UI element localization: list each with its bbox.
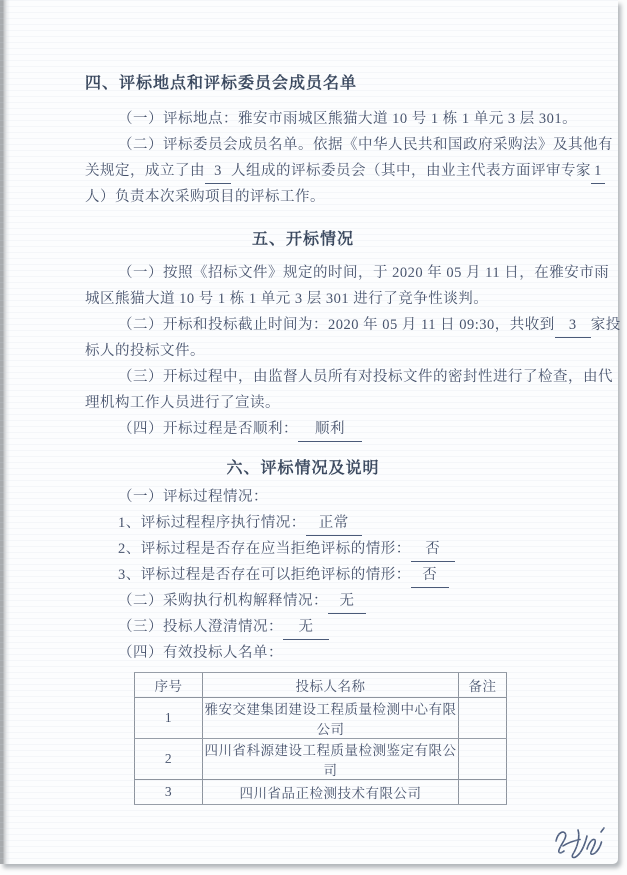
document-page: 四、评标地点和评标委员会成员名单 （一）评标地点：雅安市雨城区熊猫大道 10 号…	[0, 0, 618, 864]
text-line: 标人的投标文件。	[85, 338, 601, 364]
text-line: 2、评标过程是否存在应当拒绝评标的情形：否	[85, 536, 601, 562]
text-segment: （二）开标和投标截止时间为：2020 年 05 月 11 日 09:30，共收到	[118, 317, 555, 333]
text-segment: 1、评标过程程序执行情况：	[118, 515, 306, 531]
text-segment: （三）投标人澄清情况：	[118, 619, 283, 635]
filled-value-underline: 正常	[306, 511, 362, 536]
text-segment: （四）开标过程是否顺利：	[118, 421, 298, 437]
table-row: 3 四川省品正检测技术有限公司	[135, 780, 507, 805]
filled-value-underline: 3	[205, 159, 231, 184]
seq-cell: 3	[135, 780, 203, 805]
text-line: 人）负责本次采购项目的评标工作。	[85, 184, 601, 210]
table-row: 1 雅安交建集团建设工程质量检测中心有限公司	[135, 698, 507, 739]
filled-value-underline: 3	[555, 313, 591, 338]
text-segment: 2、评标过程是否存在应当拒绝评标的情形：	[118, 541, 411, 557]
column-header-note: 备注	[459, 673, 507, 698]
text-line: （二）评标委员会成员名单。依据《中华人民共和国政府采购法》及其他有	[85, 132, 601, 158]
text-line: （三）开标过程中，由监督人员所有对投标文件的密封性进行了检查，由代	[85, 364, 601, 390]
handwritten-signature-icon	[550, 824, 612, 866]
section-4-heading: 四、评标地点和评标委员会成员名单	[85, 71, 601, 97]
valid-bidders-table: 序号 投标人名称 备注 1 雅安交建集团建设工程质量检测中心有限公司 2 四川省…	[134, 672, 507, 805]
section-5-heading: 五、开标情况	[85, 227, 601, 253]
note-cell	[459, 780, 507, 805]
filled-value-underline: 顺利	[298, 417, 362, 442]
filled-value-underline: 否	[411, 537, 455, 562]
text-segment: 人组成的评标委员会（其中，由业主代表方面评审专家	[231, 163, 591, 179]
text-segment: 家投	[591, 317, 621, 333]
seq-cell: 2	[135, 739, 203, 780]
text-segment: 3、评标过程是否存在可以拒绝评标的情形：	[118, 567, 411, 583]
text-line: 关规定，成立了由3人组成的评标委员会（其中，由业主代表方面评审专家1	[85, 158, 601, 184]
text-line: （三）投标人澄清情况：无	[85, 614, 601, 640]
text-line: （二）采购执行机构解释情况：无	[85, 588, 601, 614]
seq-cell: 1	[135, 698, 203, 739]
text-line: 城区熊猫大道 10 号 1 栋 1 单元 3 层 301 进行了竞争性谈判。	[85, 286, 601, 312]
text-line: （一）评标过程情况：	[85, 484, 601, 510]
text-line: 1、评标过程程序执行情况：正常	[85, 510, 601, 536]
text-line: （四）有效投标人名单：	[85, 640, 601, 666]
text-line: （四）开标过程是否顺利：顺利	[85, 416, 601, 442]
bidder-name-cell: 雅安交建集团建设工程质量检测中心有限公司	[203, 698, 459, 739]
note-cell	[459, 698, 507, 739]
text-line: 理机构工作人员进行了宣读。	[85, 390, 601, 416]
section-6-heading: 六、评标情况及说明	[85, 456, 601, 482]
text-line: （二）开标和投标截止时间为：2020 年 05 月 11 日 09:30，共收到…	[85, 312, 601, 338]
note-cell	[459, 739, 507, 780]
text-line: 3、评标过程是否存在可以拒绝评标的情形：否	[85, 562, 601, 588]
text-segment: 关规定，成立了由	[85, 163, 205, 179]
table-header-row: 序号 投标人名称 备注	[135, 673, 507, 698]
filled-value-underline: 1	[591, 159, 605, 184]
text-segment: （二）采购执行机构解释情况：	[118, 593, 328, 609]
filled-value-underline: 无	[328, 589, 366, 614]
bidder-name-cell: 四川省品正检测技术有限公司	[203, 780, 459, 805]
scanned-page-background: 四、评标地点和评标委员会成员名单 （一）评标地点：雅安市雨城区熊猫大道 10 号…	[0, 0, 627, 875]
filled-value-underline: 无	[283, 615, 329, 640]
column-header-seq: 序号	[135, 673, 203, 698]
column-header-bidder-name: 投标人名称	[203, 673, 459, 698]
bidder-name-cell: 四川省科源建设工程质量检测鉴定有限公司	[203, 739, 459, 780]
text-line: （一）评标地点：雅安市雨城区熊猫大道 10 号 1 栋 1 单元 3 层 301…	[85, 106, 601, 132]
text-line: （一）按照《招标文件》规定的时间，于 2020 年 05 月 11 日，在雅安市…	[85, 260, 601, 286]
filled-value-underline: 否	[411, 563, 449, 588]
table-row: 2 四川省科源建设工程质量检测鉴定有限公司	[135, 739, 507, 780]
document-content: 四、评标地点和评标委员会成员名单 （一）评标地点：雅安市雨城区熊猫大道 10 号…	[85, 71, 601, 805]
